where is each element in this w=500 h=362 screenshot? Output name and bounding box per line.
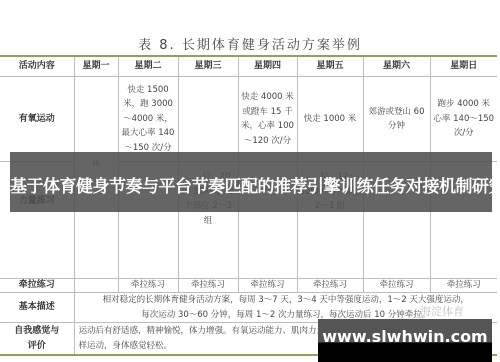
cell-stretch-sat: 牵拉练习 [363,279,430,293]
header-tuesday: 星期二 [118,56,178,77]
row-label-aerobic: 有氧运动 [0,77,74,162]
header-thursday: 星期四 [238,56,297,77]
title-overlay-banner: 基于体育健身节奏与平台节奏匹配的推荐引擎训练任务对接机制研究 [10,152,492,212]
cell-aerobic-sat: 郊游或登山 60 分钟 [363,77,430,162]
overlay-title: 基于体育健身节奏与平台节奏匹配的推荐引擎训练任务对接机制研究 [10,172,492,197]
cell-stretch-mon [74,279,118,293]
row-label-stretch: 牵拉练习 [0,279,74,293]
cell-aerobic-wed [178,77,238,162]
header-saturday: 星期六 [363,56,430,77]
table-row-stretch: 牵拉练习 牵拉练习 牵拉练习 牵拉练习 牵拉练习 牵拉练习 牵拉练习 [0,279,497,293]
cell-stretch-sun: 牵拉练习 [430,279,497,293]
faint-watermark: 海淀体育 [420,303,464,319]
cell-aerobic-thu: 快走 4000 米或蹬车 15 千米，心率 100～120 次/分 [238,77,297,162]
url-watermark-badge: www.slwhwin.com [318,319,492,362]
feeling-label-line-1: 自我感觉与 [2,324,72,339]
header-friday: 星期五 [297,56,363,77]
table-row-aerobic: 有氧运动 休 快走 1500 米，跑 3000～4000 米，最大心率 140～… [0,77,497,162]
header-sunday: 星期日 [430,56,497,77]
header-monday: 星期一 [74,56,118,77]
cell-stretch-thu: 牵拉练习 [238,279,297,293]
cell-stretch-fri: 牵拉练习 [297,279,363,293]
row-label-feeling: 自我感觉与 评价 [0,323,74,356]
cell-aerobic-sun: 跑步 4000 米 心率 140～150 次/分 [430,77,497,162]
cell-stretch-wed: 牵拉练习 [178,279,238,293]
table-caption: 表 8. 长期体育健身活动方案举例 [0,34,500,53]
cell-aerobic-fri: 快走 1000 米 [297,77,363,162]
row-label-description: 基本描述 [0,293,74,323]
url-watermark-text: www.slwhwin.com [318,327,492,346]
header-activity: 活动内容 [0,56,74,77]
cell-stretch-tue: 牵拉练习 [118,279,178,293]
cell-aerobic-tue: 快走 1500 米，跑 3000～4000 米，最大心率 140～150 次/分 [118,77,178,162]
feeling-label-line-2: 评价 [2,339,72,354]
table-header-row: 活动内容 星期一 星期二 星期三 星期四 星期五 星期六 星期日 [0,56,497,77]
header-wednesday: 星期三 [178,56,238,77]
